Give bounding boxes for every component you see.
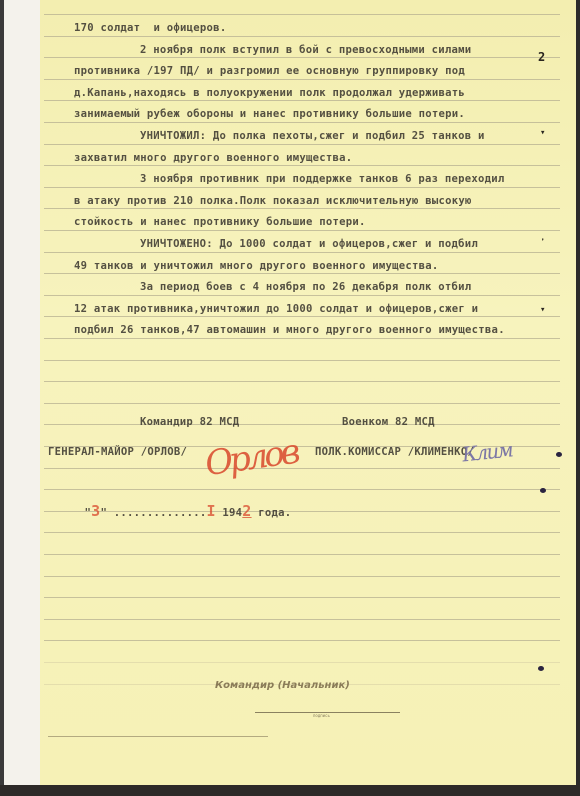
- commander-title: Командир 82 МСД: [140, 416, 239, 428]
- ruled-line: [44, 187, 560, 188]
- ruled-line: [44, 230, 560, 231]
- scan-left-margin: [0, 0, 40, 785]
- form-footer-caption: подпись: [313, 713, 330, 718]
- typed-line: 49 танков и уничтожил много другого воен…: [74, 260, 439, 272]
- ruled-line: [44, 122, 560, 123]
- typed-line: в атаку против 210 полка.Полк показал ис…: [74, 195, 472, 207]
- scan-border: [0, 0, 4, 785]
- ruled-line: [44, 424, 560, 425]
- typed-line: 170 солдат и офицеров.: [74, 22, 226, 34]
- ruled-line: [44, 619, 560, 620]
- typed-line: 2 ноября полк вступил в бой с превосходн…: [140, 44, 471, 56]
- ruled-line: [44, 532, 560, 533]
- ruled-line: [44, 597, 560, 598]
- commissar-rank-name: ПОЛК.КОМИССАР /КЛИМЕНКО/: [315, 446, 474, 458]
- ruled-line: [44, 554, 560, 555]
- ink-blot-icon: [538, 666, 544, 671]
- ruled-line: [44, 295, 560, 296]
- form-footer-title: Командир (Начальник): [215, 680, 350, 691]
- form-footer-date-line: [48, 736, 268, 737]
- typed-line: 3 ноября противник при поддержке танков …: [140, 173, 505, 185]
- ruled-line: [44, 316, 560, 317]
- ink-mark-icon: ▾: [540, 305, 545, 315]
- date-suffix: года.: [252, 507, 292, 519]
- ruled-line: [44, 403, 560, 404]
- scan-bottom-border: [0, 785, 580, 796]
- ink-blot-icon: [540, 488, 546, 493]
- typed-line: подбил 26 танков,47 автомашин и много др…: [74, 324, 505, 336]
- typed-line: д.Капань,находясь в полуокружении полк п…: [74, 87, 465, 99]
- ink-mark-icon: ❜: [540, 238, 545, 248]
- ruled-line: [44, 360, 560, 361]
- ruled-line: [44, 165, 560, 166]
- ruled-line: [44, 381, 560, 382]
- ruled-line: [44, 100, 560, 101]
- typed-line: 12 атак противника,уничтожил до 1000 сол…: [74, 303, 478, 315]
- date-day: 3: [91, 502, 100, 520]
- ruled-line: [44, 208, 560, 209]
- typed-line: занимаемый рубеж обороны и нанес противн…: [74, 108, 465, 120]
- typed-line: захватил много другого военного имуществ…: [74, 152, 352, 164]
- date-year-prefix: 194: [216, 507, 243, 519]
- date-year-digit: 2: [242, 502, 251, 520]
- ruled-line: [44, 36, 560, 37]
- ink-mark-icon: ▾: [540, 128, 545, 138]
- ruled-line: [44, 468, 560, 469]
- page-number-mark: 2: [538, 50, 545, 64]
- ruled-line: [44, 640, 560, 641]
- commissar-title: Военком 82 МСД: [342, 416, 435, 428]
- ruled-line: [44, 662, 560, 663]
- ruled-line: [44, 144, 560, 145]
- typed-line: УНИЧТОЖЕНО: До 1000 солдат и офицеров,сж…: [140, 238, 478, 250]
- typed-line: УНИЧТОЖИЛ: До полка пехоты,сжег и подбил…: [140, 130, 485, 142]
- ruled-line: [44, 14, 560, 15]
- typed-line: стойкость и нанес противнику большие пот…: [74, 216, 366, 228]
- ruled-line: [44, 338, 560, 339]
- date-line: "3" ..............I 1942 года.: [58, 490, 291, 532]
- ruled-line: [44, 576, 560, 577]
- commander-rank-name: ГЕНЕРАЛ-МАЙОР /ОРЛОВ/: [48, 446, 187, 458]
- document-page: 170 солдат и офицеров.2 ноября полк всту…: [40, 0, 576, 786]
- typed-line: За период боев с 4 ноября по 26 декабря …: [140, 281, 471, 293]
- typed-line: противника /197 ПД/ и разгромил ее основ…: [74, 65, 465, 77]
- date-month: I: [207, 502, 216, 520]
- ruled-line: [44, 79, 560, 80]
- date-dots: ..............: [107, 507, 206, 519]
- ruled-line: [44, 57, 560, 58]
- ruled-line: [44, 273, 560, 274]
- ruled-line: [44, 252, 560, 253]
- ink-blot-icon: [556, 452, 562, 457]
